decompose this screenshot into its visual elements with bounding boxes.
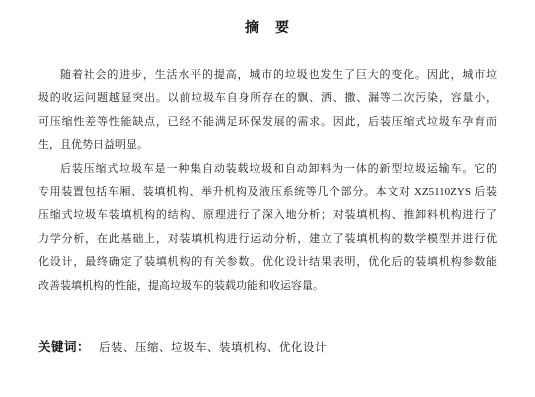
- abstract-line: 可压缩性差等性能缺点，已经不能满足环保发展的需求。因此，后装压缩式垃圾车孕育而: [38, 111, 497, 134]
- abstract-line: 随着社会的进步，生活水平的提高，城市的垃圾也发生了巨大的变化。因此，城市垃: [38, 64, 497, 87]
- abstract-body: 随着社会的进步，生活水平的提高，城市的垃圾也发生了巨大的变化。因此，城市垃 圾的…: [38, 64, 497, 298]
- abstract-line: 专用装置包括车厢、装填机构、举升机构及液压系统等几个部分。本文对 XZ5110Z…: [38, 181, 497, 204]
- abstract-line: 生，且优势日益明显。: [38, 134, 497, 157]
- abstract-line: 后装压缩式垃圾车是一种集自动装载垃圾和自动卸料为一体的新型垃圾运输车。它的: [38, 158, 497, 181]
- keywords-label: 关键词：: [38, 340, 90, 354]
- abstract-line: 压缩式垃圾车装填机构的结构、原理进行了深入地分析；对装填机构、推卸料机构进行了: [38, 204, 497, 227]
- abstract-line: 圾的收运问题越显突出。以前垃圾车自身所存在的飘、洒、撒、漏等二次污染，容量小，: [38, 87, 497, 110]
- abstract-line: 改善装填机构的性能，提高垃圾车的装载功能和收运容量。: [38, 275, 497, 298]
- keywords-text: 后装、压缩、垃圾车、装填机构、优化设计: [99, 342, 327, 354]
- page-title: 摘 要: [0, 0, 535, 37]
- keywords-row: 关键词：后装、压缩、垃圾车、装填机构、优化设计: [38, 337, 497, 356]
- abstract-line: 化设计，最终确定了装填机构的有关参数。优化设计结果表明，优化后的装填机构参数能: [38, 251, 497, 274]
- document-page: 摘 要 随着社会的进步，生活水平的提高，城市的垃圾也发生了巨大的变化。因此，城市…: [0, 0, 535, 397]
- abstract-line: 力学分析，在此基础上，对装填机构进行运动分析，建立了装填机构的数学模型并进行优: [38, 228, 497, 251]
